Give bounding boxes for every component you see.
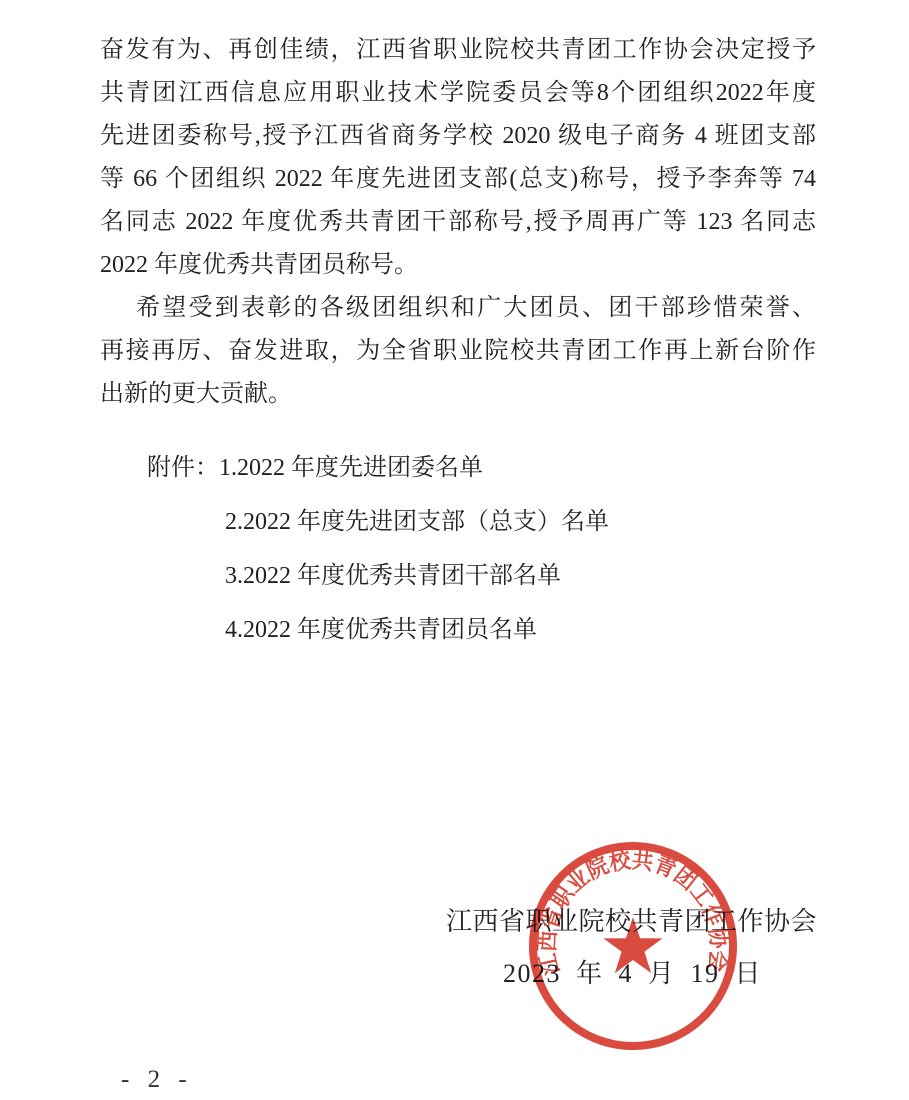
- seal-star-icon: [604, 917, 663, 973]
- page-number: - 2 -: [121, 1066, 193, 1094]
- attachments-block: 附件：1.2022 年度先进团委名单2.2022 年度先进团支部（总支）名单3.…: [147, 441, 609, 657]
- body-line: 2022 年度优秀共青团员称号。: [100, 244, 816, 287]
- body-line: 名同志 2022 年度优秀共青团干部称号,授予周再广等 123 名同志: [100, 201, 816, 244]
- document-page: 奋发有为、再创佳绩，江西省职业院校共青团工作协会决定授予共青团江西信息应用职业技…: [0, 0, 909, 1100]
- attachment-item: 2.2022 年度先进团支部（总支）名单: [147, 495, 609, 549]
- body-paragraphs: 奋发有为、再创佳绩，江西省职业院校共青团工作协会决定授予共青团江西信息应用职业技…: [100, 29, 816, 416]
- body-line: 出新的更大贡献。: [100, 373, 816, 416]
- attachment-label-line: 附件：1.2022 年度先进团委名单: [147, 441, 609, 495]
- body-line: 希望受到表彰的各级团组织和广大团员、团干部珍惜荣誉、: [100, 287, 816, 330]
- attachment-item: 3.2022 年度优秀共青团干部名单: [147, 549, 609, 603]
- body-line: 等 66 个团组织 2022 年度先进团支部(总支)称号，授予李奔等 74: [100, 158, 816, 201]
- body-line: 再接再厉、奋发进取，为全省职业院校共青团工作再上新台阶作: [100, 330, 816, 373]
- attachment-item: 4.2022 年度优秀共青团员名单: [147, 603, 609, 657]
- body-line: 奋发有为、再创佳绩，江西省职业院校共青团工作协会决定授予: [100, 29, 816, 72]
- body-line: 先进团委称号,授予江西省商务学校 2020 级电子商务 4 班团支部: [100, 115, 816, 158]
- body-line: 共青团江西信息应用职业技术学院委员会等8个团组织2022年度: [100, 72, 816, 115]
- official-seal: 江西省职业院校共青团工作协会: [523, 836, 743, 1056]
